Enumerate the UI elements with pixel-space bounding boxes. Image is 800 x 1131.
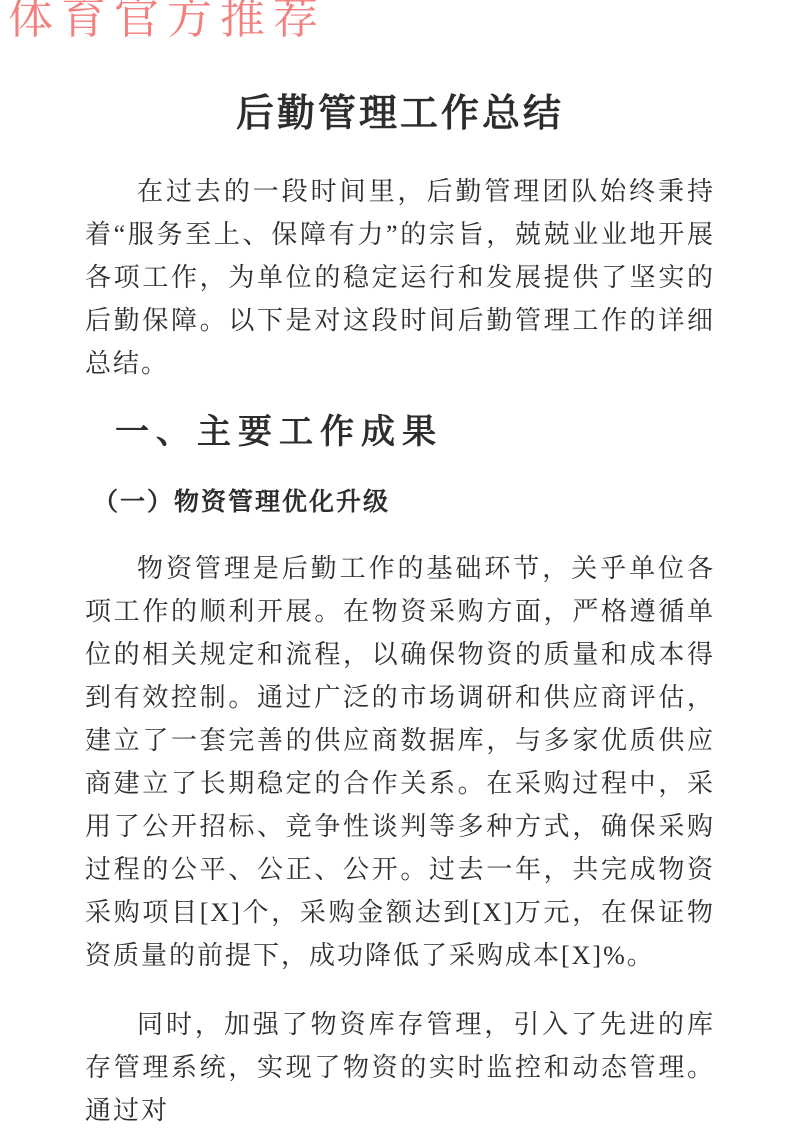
section-heading: 一、主要工作成果 (115, 409, 715, 457)
subsection-heading: （一）物资管理优化升级 (93, 485, 715, 521)
document-title: 后勤管理工作总结 (85, 86, 715, 142)
intro-paragraph: 在过去的一段时间里，后勤管理团队始终秉持着“服务至上、保障有力”的宗旨，兢兢业业… (85, 170, 715, 385)
document-page: 体育官方推荐 后勤管理工作总结 在过去的一段时间里，后勤管理团队始终秉持着“服务… (0, 0, 800, 1131)
watermark-text: 体育官方推荐 (8, 0, 326, 44)
body-paragraph-2: 同时，加强了物资库存管理，引入了先进的库存管理系统，实现了物资的实时监控和动态管… (85, 1003, 715, 1131)
body-paragraph-1: 物资管理是后勤工作的基础环节，关乎单位各项工作的顺利开展。在物资采购方面，严格遵… (85, 547, 715, 977)
